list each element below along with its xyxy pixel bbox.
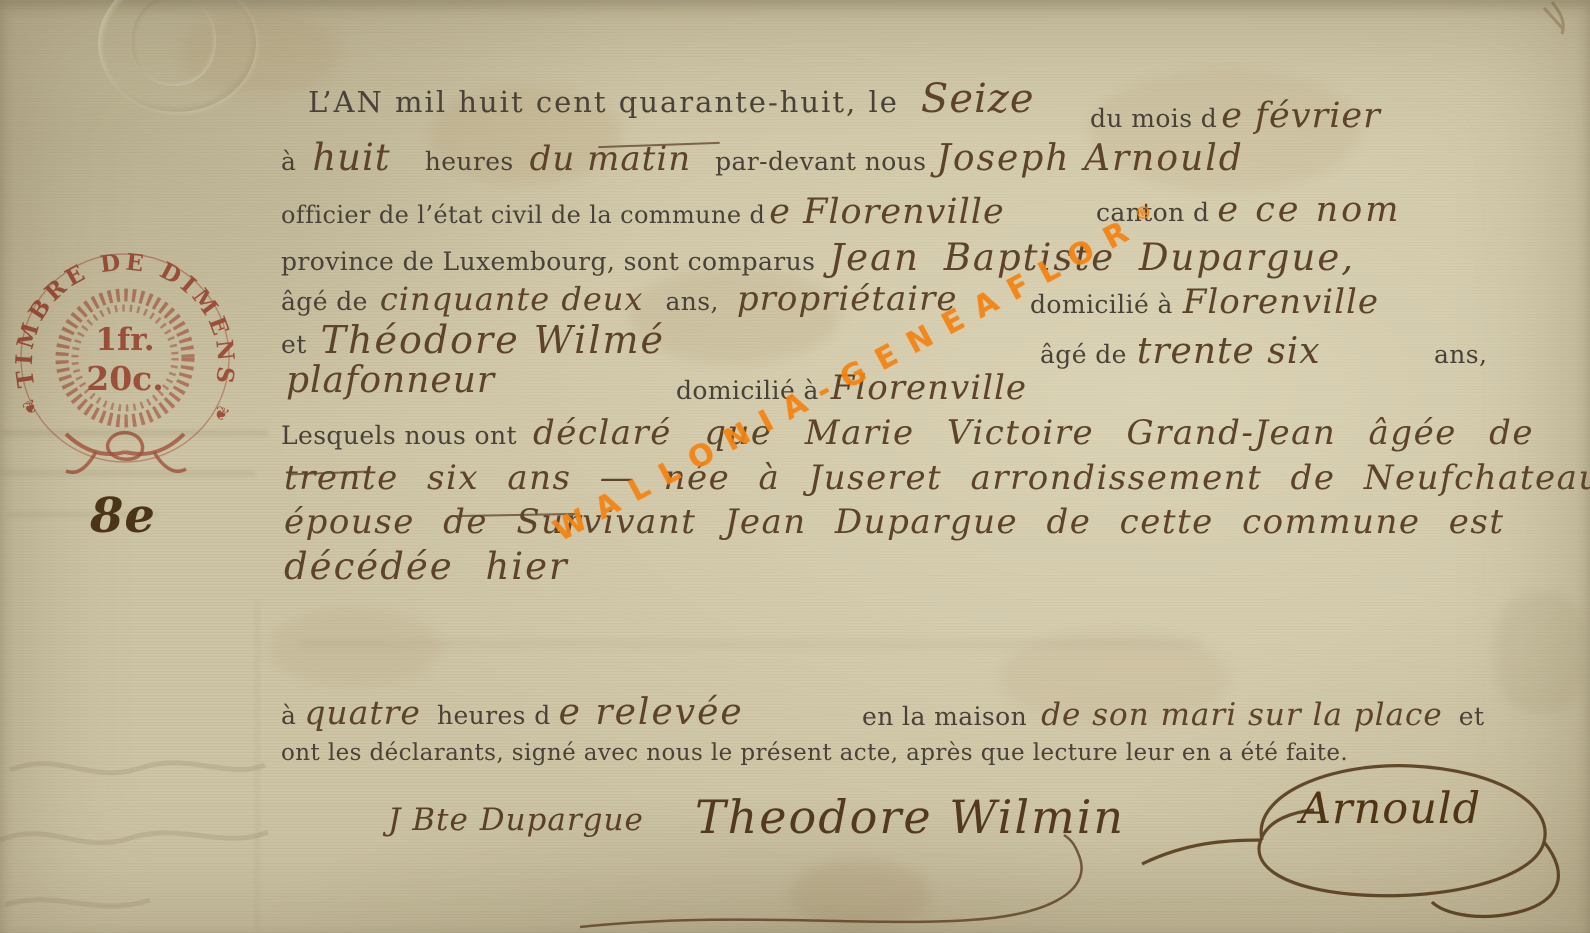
printed-civil-officer: officier de l’état civil de la commune d — [281, 201, 765, 229]
hand-officer-name: Joseph Arnould — [936, 138, 1243, 179]
form-line-7: plafonneur — [286, 360, 495, 401]
form-line-3: officier de l’état civil de la commune d… — [281, 192, 1005, 232]
printed-aged2: âgé de — [1040, 340, 1127, 369]
form-line-12: à quatre heures d e relevée — [281, 692, 744, 733]
hand-died: décédée hier — [284, 545, 569, 588]
death-record-page: TIMBRE DE DIMENSION. ❦ ❦ 1fr. 20c. L’AN … — [0, 0, 1590, 933]
form-line-8: Lesquels nous ont déclaré que Marie Vict… — [281, 413, 1534, 453]
hand-hour: huit — [312, 136, 390, 179]
form-line-1-month: du mois d e février — [1090, 96, 1381, 136]
hand-margin-note: 8e — [90, 488, 156, 544]
signature-declarant1: J Bte Dupargue — [388, 802, 644, 838]
printed-hours: heures — [425, 147, 514, 176]
printed-opening: L’AN mil huit cent quarante-huit, le — [308, 85, 899, 119]
form-line-5-domicile: domicilié à Florenville — [1030, 282, 1379, 322]
margin-note: 8e — [90, 488, 156, 544]
form-line-1: L’AN mil huit cent quarante-huit, le Sei… — [308, 76, 1035, 122]
form-line-2: à huit heures du matin par-devant nous J… — [281, 136, 1244, 179]
signature-declarant2-flourish — [550, 835, 1110, 933]
hand-declarant1-age: cinquante deux — [380, 280, 644, 318]
stamp-ornament-right: ❦ — [210, 401, 233, 426]
bleed-through-script — [0, 730, 270, 930]
signature-officer-flourish — [1142, 742, 1572, 927]
printed-years: ans, — [665, 287, 718, 316]
form-line-11: décédée hier — [284, 545, 569, 588]
printed-at: à — [281, 147, 296, 176]
hand-day-of-month: Seize — [921, 76, 1035, 122]
form-line-5: âgé de cinquante deux ans, propriétaire — [281, 279, 958, 319]
form-line-6: et Théodore Wilmé — [281, 318, 665, 362]
hand-declarant1-occupation: propriétaire — [737, 279, 958, 319]
embossed-dry-stamp — [98, 0, 256, 112]
signature-officer: Arnould — [1300, 784, 1481, 834]
printed-aged: âgé de — [281, 287, 368, 316]
form-line-4: province de Luxembourg, sont comparus Je… — [281, 236, 1355, 279]
hand-month: e février — [1221, 96, 1381, 136]
printed-and: et — [281, 330, 307, 359]
hand-declarant2-name: Théodore Wilmé — [321, 318, 665, 362]
printed-at2: à — [281, 701, 296, 730]
printed-years2: ans, — [1434, 340, 1487, 369]
printed-domiciled-at: domicilié à — [1030, 290, 1173, 319]
printed-in-the-house: en la maison — [862, 702, 1027, 731]
hand-spouse-details: épouse de Survivant Jean Dupargue de cet… — [284, 502, 1505, 542]
hand-declarant2-occupation: plafonneur — [286, 360, 495, 401]
hand-place-of-death: de son mari sur la place — [1041, 697, 1443, 733]
signature-declarant2-text: Theodore Wilmin — [695, 790, 1125, 844]
hand-commune: e Florenville — [769, 192, 1004, 232]
form-line-6-age: âgé de trente six — [1040, 331, 1321, 372]
printed-and2: et — [1459, 702, 1485, 731]
form-line-6-years: ans, — [1434, 340, 1487, 369]
printed-hours2: heures d — [437, 701, 551, 730]
form-line-10: épouse de Survivant Jean Dupargue de cet… — [284, 502, 1505, 542]
hand-declarant2-age: trente six — [1137, 331, 1321, 372]
stamp-value-bottom: 20c. — [86, 359, 164, 398]
hand-declarant1-domicile: Florenville — [1183, 282, 1379, 322]
signature-declarant2: Theodore Wilmin — [695, 790, 1125, 844]
corner-pen-mark — [1542, 0, 1590, 36]
hand-death-hour: quatre — [304, 693, 421, 732]
printed-month-label: du mois d — [1090, 104, 1217, 133]
bleed-through-mark — [300, 640, 1200, 648]
bleed-through-mark — [1495, 592, 1585, 712]
printed-before-us: par-devant nous — [715, 147, 926, 176]
signature-officer-text: Arnould — [1300, 784, 1481, 834]
printed-who-declared: Lesquels nous ont — [281, 421, 517, 450]
timbre-de-dimension-stamp: TIMBRE DE DIMENSION. ❦ ❦ 1fr. 20c. — [8, 238, 243, 483]
hand-relevee: e relevée — [559, 692, 744, 733]
hand-deceased-details: trente six ans — née à Juseret arrondiss… — [284, 458, 1590, 498]
form-line-12-house: en la maison de son mari sur la place et — [862, 697, 1484, 733]
stamp-value-top: 1fr. — [95, 322, 154, 358]
paper-stain — [270, 610, 440, 685]
form-line-9: trente six ans — née à Juseret arrondiss… — [284, 458, 1590, 498]
printed-province: province de Luxembourg, sont comparus — [281, 247, 815, 276]
hand-canton: e ce nom — [1217, 190, 1401, 230]
signature-declarant1-text: J Bte Dupargue — [388, 802, 644, 838]
